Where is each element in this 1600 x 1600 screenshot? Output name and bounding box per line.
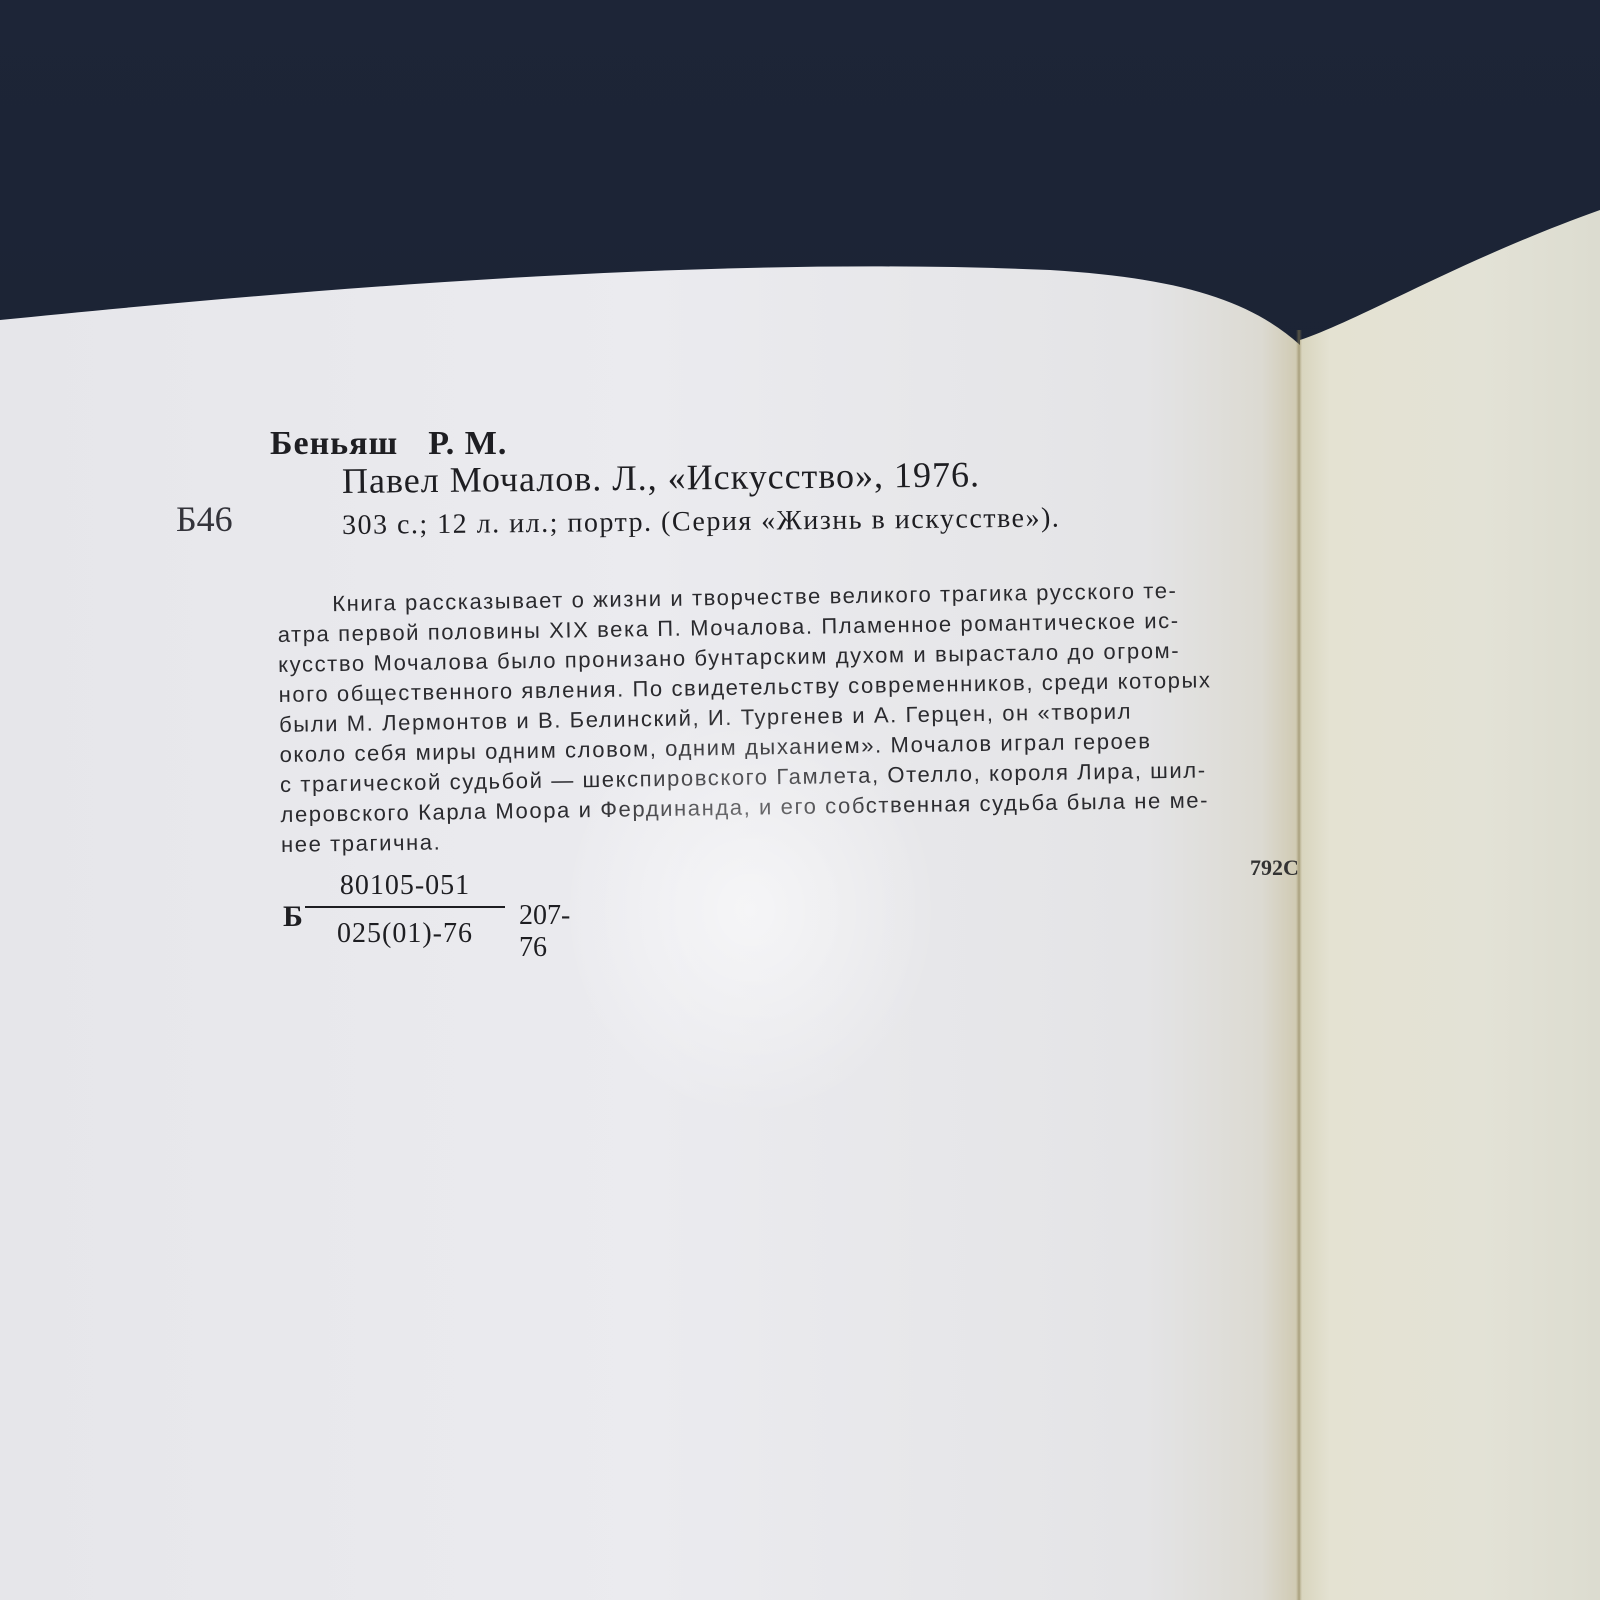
- bbk-fraction: 80105-051 025(01)-76: [305, 870, 505, 950]
- author-initials: Р. М.: [428, 425, 507, 462]
- annotation-paragraph: Книга рассказывает о жизни и творчестве …: [277, 574, 1281, 860]
- author-heading: БеньяшР. М.: [270, 425, 507, 463]
- udc-code: 792С: [1250, 855, 1299, 881]
- fraction-bar: [305, 906, 505, 908]
- bbk-code: 207-76: [519, 900, 570, 964]
- shelfmark: Б46: [176, 498, 233, 540]
- author-surname: Беньяш: [270, 425, 398, 462]
- book-gutter: [1296, 330, 1302, 1600]
- bbk-numerator: 80105-051: [305, 870, 505, 902]
- title-line: Павел Мочалов. Л., «Искусство», 1976.: [342, 453, 980, 502]
- bbk-denominator: 025(01)-76: [305, 918, 505, 950]
- bbk-letter: Б: [283, 900, 303, 934]
